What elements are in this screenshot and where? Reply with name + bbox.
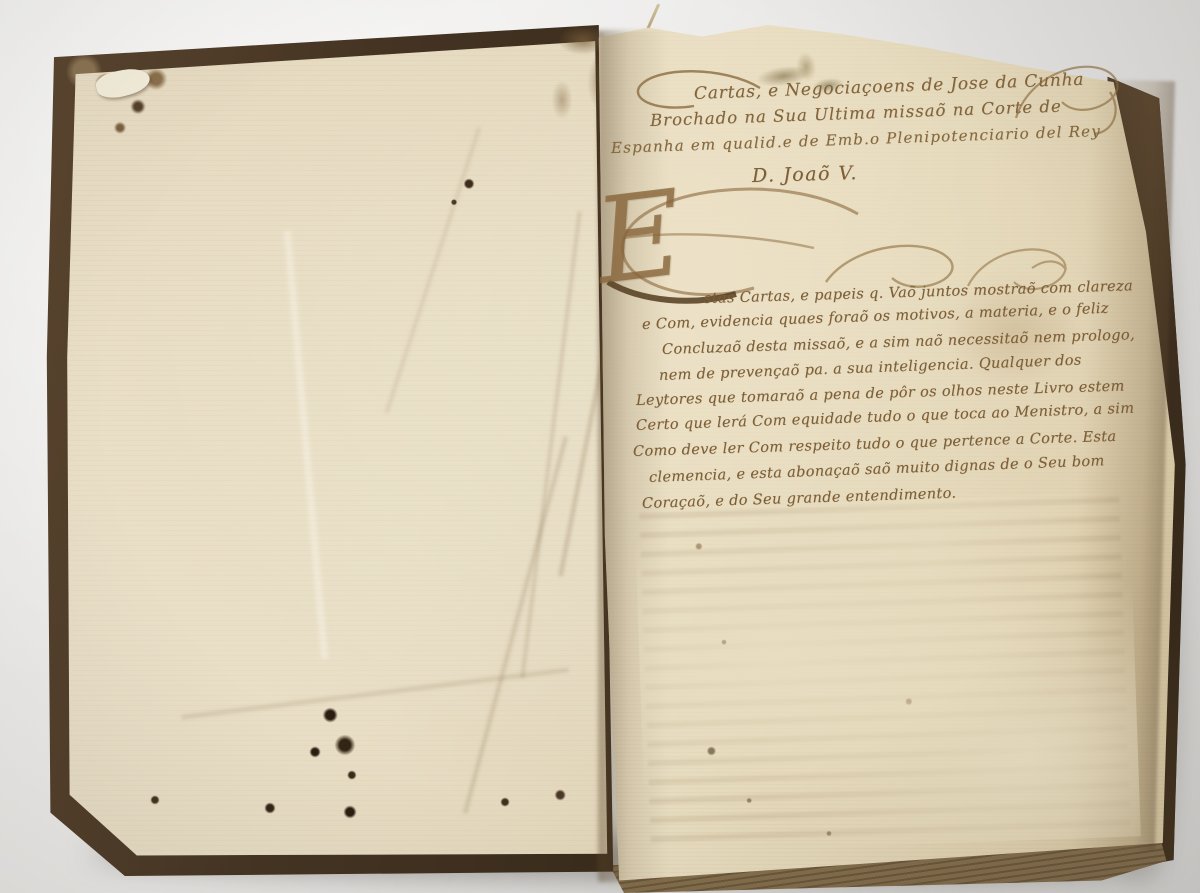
photo-of-open-manuscript: Cartas, e Negociaçoens de Jose da Cunha …	[0, 0, 1200, 893]
photo-vignette	[0, 0, 1200, 893]
